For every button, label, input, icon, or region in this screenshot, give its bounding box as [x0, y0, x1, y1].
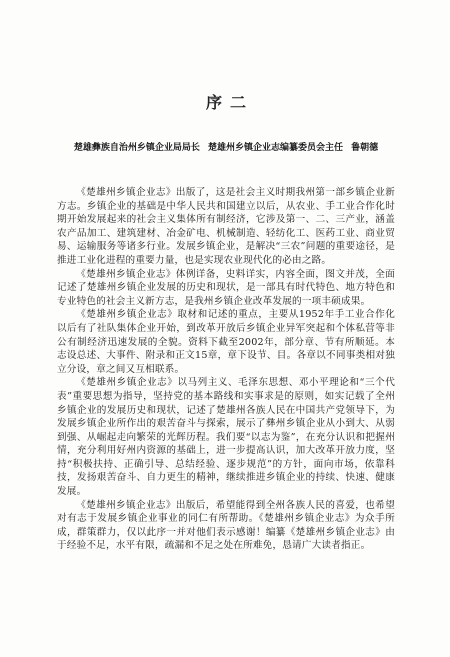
body-paragraph: 《楚雄州乡镇企业志》出版后，希望能得到全州各族人民的喜爱，也希望对有志于发展乡镇… [57, 499, 395, 553]
page-title: 序二 [57, 0, 395, 113]
body-paragraph: 《楚雄州乡镇企业志》取材和记述的重点，主要从1952年手工业合作化以后有了社队集… [57, 308, 395, 376]
body-paragraph: 《楚雄州乡镇企业志》出版了，这是社会主义时期我州第一部乡镇企业新方志。乡镇企业的… [57, 186, 395, 268]
byline-role-committee-chair: 楚雄州乡镇企业志编纂委员会主任 [208, 140, 343, 153]
byline-author-name: 鲁朝德 [351, 140, 378, 153]
byline-role-director: 楚雄彝族自治州乡镇企业局局长 [74, 140, 200, 153]
body-paragraph: 《楚雄州乡镇企业志》体例详备，史料详实，内容全面，图文并茂，全面记述了楚雄州乡镇… [57, 268, 395, 309]
document-page: 序二 楚雄彝族自治州乡镇企业局局长楚雄州乡镇企业志编纂委员会主任鲁朝德 《楚雄州… [0, 0, 450, 657]
body-paragraph: 《楚雄州乡镇企业志》以马列主义、毛泽东思想、邓小平理论和“三个代表”重要思想为指… [57, 376, 395, 498]
preface-body: 《楚雄州乡镇企业志》出版了，这是社会主义时期我州第一部乡镇企业新方志。乡镇企业的… [57, 186, 395, 553]
byline: 楚雄彝族自治州乡镇企业局局长楚雄州乡镇企业志编纂委员会主任鲁朝德 [57, 140, 395, 153]
